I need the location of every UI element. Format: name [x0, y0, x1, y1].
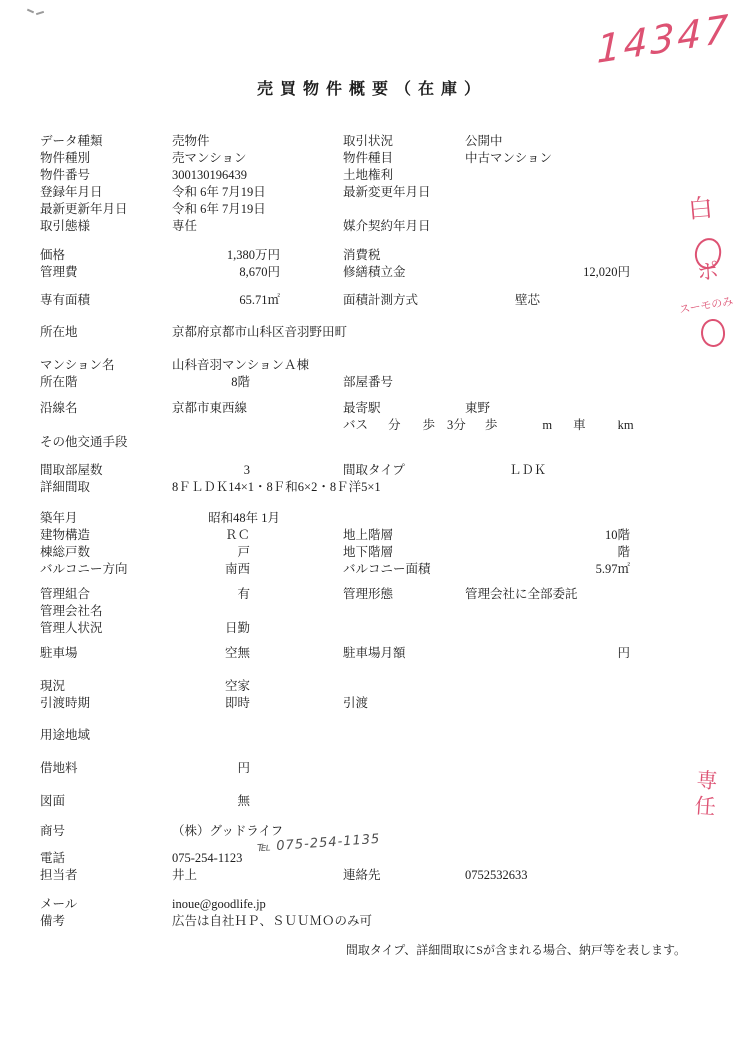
field-label: 取引態様	[40, 218, 172, 235]
row-last-update-date: 最新更新年月日 令和 6年 7月19日	[0, 201, 744, 218]
row-management-company: 管理会社名	[0, 603, 744, 620]
field-value	[172, 603, 343, 620]
section-email-remarks: メール inoue@goodlife.jp 備考 広告は自社ＨＰ、ＳＵＵＭＯのみ…	[0, 896, 744, 930]
field-label: 価格	[40, 247, 172, 264]
row-built-date: 築年月 昭和48年 1月	[0, 510, 744, 527]
field-value	[465, 167, 704, 184]
field-label: 所在地	[40, 324, 172, 341]
field-value: 円	[172, 760, 343, 777]
field-value: 8,670円	[172, 264, 343, 281]
field-label: 沿線名	[40, 400, 172, 417]
field-value: 売マンション	[172, 150, 343, 167]
field-value	[465, 247, 704, 264]
field-label: 物件種別	[40, 150, 172, 167]
field-value: 10階	[465, 527, 704, 544]
field-label: 物件番号	[40, 167, 172, 184]
field-label: バルコニー面積	[343, 561, 465, 578]
field-label: 現況	[40, 678, 172, 695]
handwritten-doc-number: 14347	[596, 9, 731, 69]
section-land-rent: 借地料 円	[0, 760, 744, 777]
row-building-name: マンション名 山科音羽マンションＡ棟	[0, 357, 744, 374]
field-label: 消費税	[343, 247, 465, 264]
row-manager-status: 管理人状況 日勤	[0, 620, 744, 637]
field-label: 取引状況	[343, 133, 465, 150]
row-contact-person: 担当者 井上 連絡先 0752532633	[0, 867, 744, 884]
field-label: 担当者	[40, 867, 172, 884]
section-contact: 電話 075-254-1123 担当者 井上 連絡先 0752532633	[0, 850, 744, 884]
row-registration-date: 登録年月日 令和 6年 7月19日 最新変更年月日	[0, 184, 744, 201]
row-location: 所在地 京都府京都市山科区音羽野田町	[0, 324, 744, 341]
field-value	[172, 434, 343, 451]
row-price: 価格 1,380万円 消費税	[0, 247, 744, 264]
field-value: 8階	[172, 374, 343, 391]
footer-note: 間取タイプ、詳細間取にSが含まれる場合、納戸等を表します。	[0, 941, 686, 958]
row-transport-detail: バス分歩3分歩m車km	[0, 417, 744, 434]
section-price: 価格 1,380万円 消費税 管理費 8,670円 修繕積立金 12,020円 …	[0, 247, 744, 309]
field-value	[172, 727, 343, 744]
field-value: 管理会社に全部委託	[465, 586, 704, 603]
transport-token: 分	[388, 417, 401, 434]
field-value: 昭和48年 1月	[172, 510, 343, 527]
field-label: 部屋番号	[343, 374, 465, 391]
handwritten-exclusive-note: 専任	[692, 768, 717, 821]
transport-token: 歩	[423, 417, 436, 434]
field-value: 5.97㎡	[465, 561, 704, 578]
field-label: 電話	[40, 850, 172, 867]
field-label: 間取部屋数	[40, 462, 172, 479]
row-exclusive-area: 専有面積 65.71㎡ 面積計測方式 壁芯	[0, 292, 744, 309]
row-management-fee: 管理費 8,670円 修繕積立金 12,020円	[0, 264, 744, 281]
section-floorplan: 間取部屋数 3 間取タイプ ＬＤＫ 詳細間取 8ＦＬＤＫ14×1・8Ｆ和6×2・…	[0, 462, 744, 496]
field-label: 引渡	[343, 695, 465, 712]
section-building: マンション名 山科音羽マンションＡ棟 所在階 8階 部屋番号	[0, 357, 744, 391]
field-label: 商号	[40, 823, 172, 840]
row-floorplan-detail: 詳細間取 8ＦＬＤＫ14×1・8Ｆ和6×2・8Ｆ洋5×1	[0, 479, 744, 496]
field-label: 所在階	[40, 374, 172, 391]
transport-token: km	[618, 417, 634, 434]
section-location: 所在地 京都府京都市山科区音羽野田町	[0, 324, 744, 341]
field-label: 物件種目	[343, 150, 465, 167]
section-structure: 築年月 昭和48年 1月 建物構造 ＲＣ 地上階層 10階 棟総戸数 戸 地下階…	[0, 510, 744, 578]
row-drawing: 図面 無	[0, 793, 744, 810]
field-label: 用途地域	[40, 727, 172, 744]
handwritten-shiro-note: 白	[687, 195, 714, 222]
handwritten-circle-mark	[699, 318, 726, 349]
field-value: 公開中	[465, 133, 704, 150]
field-value: 12,020円	[465, 264, 704, 281]
field-value: 即時	[172, 695, 343, 712]
handwritten-po-note: ポ	[696, 261, 719, 284]
field-value: 無	[172, 793, 343, 810]
field-label: 地上階層	[343, 527, 465, 544]
field-value	[465, 695, 704, 712]
field-value: 1,380万円	[172, 247, 343, 264]
field-value: 山科音羽マンションＡ棟	[172, 357, 343, 374]
field-label: 築年月	[40, 510, 172, 527]
field-label: 地下階層	[343, 544, 465, 561]
row-email: メール inoue@goodlife.jp	[0, 896, 744, 913]
page-title: 売買物件概要（在庫）	[0, 76, 744, 99]
field-value: 有	[172, 586, 343, 603]
field-value: ＲＣ	[172, 527, 343, 544]
field-value: 空家	[172, 678, 343, 695]
transport-token: m	[542, 417, 552, 434]
section-zoning: 用途地域	[0, 727, 744, 744]
field-label: 備考	[40, 913, 172, 930]
field-value: 65.71㎡	[172, 292, 343, 309]
field-label: 最新更新年月日	[40, 201, 172, 218]
field-label: バルコニー方向	[40, 561, 172, 578]
field-value: 専任	[172, 218, 343, 235]
transport-token: 3分	[447, 417, 466, 434]
field-value: 空無	[172, 645, 343, 662]
row-zoning: 用途地域	[0, 727, 744, 744]
row-other-transport: その他交通手段	[0, 434, 744, 451]
property-summary-document: 売買物件概要（在庫） データ種類 売物件 取引状況 公開中 物件種別 売マンショ…	[0, 0, 744, 1053]
field-value: 壁芯	[465, 292, 590, 309]
field-label: 管理会社名	[40, 603, 172, 620]
row-phone: 電話 075-254-1123	[0, 850, 744, 867]
transport-token: 車	[573, 417, 586, 434]
transport-token: 歩	[485, 417, 498, 434]
section-status: 現況 空家 引渡時期 即時 引渡	[0, 678, 744, 712]
field-label: 修繕積立金	[343, 264, 465, 281]
section-transport: 沿線名 京都市東西線 最寄駅 東野 バス分歩3分歩m車km その他交通手段	[0, 400, 744, 451]
field-value: 中古マンション	[465, 150, 704, 167]
field-label: 詳細間取	[40, 479, 172, 496]
row-property-type: 物件種別 売マンション 物件種目 中古マンション	[0, 150, 744, 167]
field-label: 棟総戸数	[40, 544, 172, 561]
section-parking: 駐車場 空無 駐車場月額 円	[0, 645, 744, 662]
row-data-kind: データ種類 売物件 取引状況 公開中	[0, 133, 744, 150]
field-label: その他交通手段	[40, 434, 172, 451]
field-value: 広告は自社ＨＰ、ＳＵＵＭＯのみ可	[172, 913, 704, 930]
row-current-status: 現況 空家	[0, 678, 744, 695]
field-label: 連絡先	[343, 867, 465, 884]
field-value: 南西	[172, 561, 343, 578]
row-remarks: 備考 広告は自社ＨＰ、ＳＵＵＭＯのみ可	[0, 913, 744, 930]
row-parking: 駐車場 空無 駐車場月額 円	[0, 645, 744, 662]
field-label: 登録年月日	[40, 184, 172, 201]
field-label: 管理費	[40, 264, 172, 281]
row-management-association: 管理組合 有 管理形態 管理会社に全部委託	[0, 586, 744, 603]
row-train-line: 沿線名 京都市東西線 最寄駅 東野	[0, 400, 744, 417]
field-label: 管理形態	[343, 586, 465, 603]
field-value: 井上	[172, 867, 343, 884]
row-room-count: 間取部屋数 3 間取タイプ ＬＤＫ	[0, 462, 744, 479]
field-label: 借地料	[40, 760, 172, 777]
field-value: 0752532633	[465, 867, 704, 884]
field-label: 最寄駅	[343, 400, 465, 417]
row-total-units: 棟総戸数 戸 地下階層 階	[0, 544, 744, 561]
field-label: 専有面積	[40, 292, 172, 309]
field-value	[465, 374, 704, 391]
field-value: 東野	[465, 400, 704, 417]
transport-detail-line: バス分歩3分歩m車km	[343, 417, 704, 434]
field-value: 円	[465, 645, 704, 662]
field-value: 3	[172, 462, 343, 479]
row-structure: 建物構造 ＲＣ 地上階層 10階	[0, 527, 744, 544]
field-value	[465, 184, 704, 201]
field-value: 令和 6年 7月19日	[172, 184, 343, 201]
field-label: メール	[40, 896, 172, 913]
field-label: 土地権利	[343, 167, 465, 184]
field-label: データ種類	[40, 133, 172, 150]
field-value: 日勤	[172, 620, 343, 637]
field-value: 令和 6年 7月19日	[172, 201, 343, 218]
row-handover-time: 引渡時期 即時 引渡	[0, 695, 744, 712]
field-value: 8ＦＬＤＫ14×1・8Ｆ和6×2・8Ｆ洋5×1	[172, 479, 704, 496]
field-label: 引渡時期	[40, 695, 172, 712]
field-label: マンション名	[40, 357, 172, 374]
field-value: 300130196439	[172, 167, 343, 184]
field-label: 管理人状況	[40, 620, 172, 637]
field-value: 京都府京都市山科区音羽野田町	[172, 324, 704, 341]
field-value: 階	[465, 544, 704, 561]
section-basic-info: データ種類 売物件 取引状況 公開中 物件種別 売マンション 物件種目 中古マン…	[0, 133, 744, 235]
row-balcony-direction: バルコニー方向 南西 バルコニー面積 5.97㎡	[0, 561, 744, 578]
row-transaction-type: 取引態様 専任 媒介契約年月日	[0, 218, 744, 235]
field-value: ＬＤＫ	[465, 462, 590, 479]
field-value: 戸	[172, 544, 343, 561]
row-land-rent: 借地料 円	[0, 760, 744, 777]
field-value: inoue@goodlife.jp	[172, 896, 704, 913]
transport-token: バス	[343, 417, 368, 434]
field-label: 駐車場月額	[343, 645, 465, 662]
field-label: 図面	[40, 793, 172, 810]
field-value	[465, 218, 704, 235]
field-label: 駐車場	[40, 645, 172, 662]
field-value: 京都市東西線	[172, 400, 343, 417]
section-drawing: 図面 無	[0, 793, 744, 810]
section-management: 管理組合 有 管理形態 管理会社に全部委託 管理会社名 管理人状況 日勤	[0, 586, 744, 637]
field-label: 媒介契約年月日	[343, 218, 465, 235]
row-floor: 所在階 8階 部屋番号	[0, 374, 744, 391]
field-label: 建物構造	[40, 527, 172, 544]
scan-noise-mark	[27, 8, 45, 17]
row-property-number: 物件番号 300130196439 土地権利	[0, 167, 744, 184]
field-label: 間取タイプ	[343, 462, 465, 479]
field-label: 管理組合	[40, 586, 172, 603]
field-label: 最新変更年月日	[343, 184, 465, 201]
field-label: 面積計測方式	[343, 292, 465, 309]
field-value: 売物件	[172, 133, 343, 150]
